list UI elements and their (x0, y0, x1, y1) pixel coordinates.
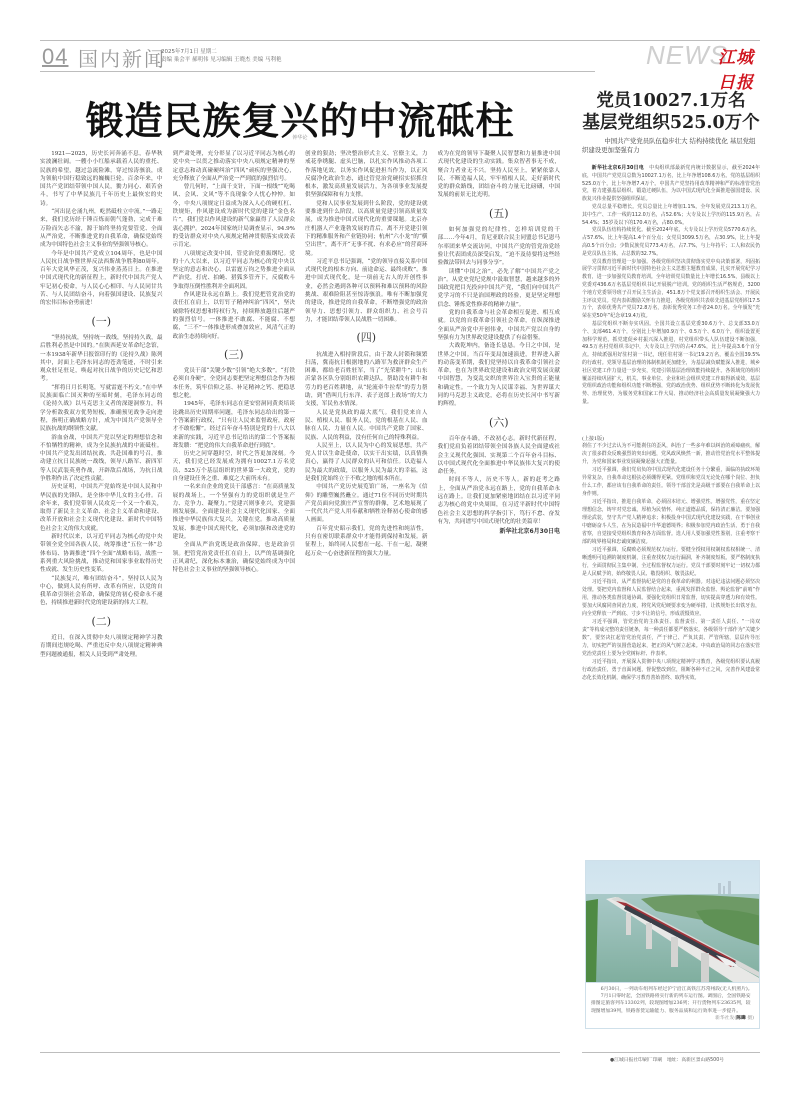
article-paragraph: 全面从严治党既是政治保障，也是政治引领。把管党治党责任扛在肩上，以严的基调强化正… (173, 541, 296, 574)
article-paragraph: 新时代以来，以习近平同志为核心的党中央带领全党全国各族人民，统筹推进“五位一体”… (40, 533, 163, 574)
main-article-body: 1921—2025，历史长河奔涌不息，春华秋实波澜壮阔。一艘小小红船承载着人民的… (40, 150, 560, 1002)
section-name: 国内新闻 (78, 43, 166, 72)
photographer-name: 陈暐 (736, 1015, 746, 1021)
article-paragraph: 大战乾坤内，备逢长恳恳。今日之中国，是世界之中国。当百年变局加速演进，世界进入新… (438, 342, 561, 408)
continued-article-body: 刹住了不少过去认为不可能刹住的歪风，纠治了一些多年难以纠治的顽瘴痼疾，解决了很多… (582, 442, 760, 682)
caption-paragraph: 7月1日零时起，全国铁路将实行新的列车运行图。调图后，全国铁路安排图定旅客列车1… (591, 993, 754, 1015)
side-bottom-rule (582, 1052, 760, 1053)
credit-suffix: 摄) (746, 1016, 754, 1021)
article-paragraph: 今年是中国共产党成立104周年，也是中国人民抗日战争暨世界反法西斯战争胜利80周… (40, 250, 163, 308)
article-byline: 钟华论 (40, 134, 560, 141)
continued-paragraph: 习近平指出，从严监督执纪是党的自我革命的利器。对违纪违法问题必须坚决处理。要把党… (582, 578, 760, 618)
main-bottom-rule (40, 1052, 560, 1053)
photo-credit: 新华社发(陈暐 摄) (591, 1015, 754, 1022)
newspaper-logo: 江城日报 (718, 43, 760, 93)
article-paragraph: 成为在党的领导下凝聚人民智慧和力量推进中国式现代化建设的生动实践。集众智者事无不… (438, 150, 561, 200)
article-paragraph: 如何加强党的纪律性，怎样培训党的干部……今年4月，肯尼亚联合民主同盟总书记恩马尔… (438, 226, 561, 267)
article-paragraph: 曾几何时，“上面千支针，下面一根线”“吃喝风、会风、文风”等不良现象令人忧心忡忡… (173, 183, 296, 249)
article-paragraph: 党和人民事业发展到什么阶段，党的建设就要推进到什么阶段。以高质量党建引领高质量发… (305, 200, 428, 258)
article-column-3: 创业的狠劲；坚决整治形式主义、官僚主义，力戒花拳绣腿、虚头巴脑，以扎实作风推动各… (305, 150, 428, 1002)
continued-paragraph: 习近平指出，推进自我革命，必须固本培元、增强党性。增强党性，重在坚定理想信念，铸… (582, 498, 760, 546)
side-title-line-1: 党员10027.1万名 (582, 90, 760, 112)
continued-paragraph: 习近平强调，我们党肩负的中国式现代化建设任务十分繁重，面临的执政环境异常复杂，自… (582, 466, 760, 498)
side-title-line-2: 基层党组织525.0万个 (582, 112, 760, 134)
article-paragraph: 一名来自企业的党员干部感言：“在高质量发展的战场上，一个坚强有力的党组织就是生产… (173, 483, 296, 541)
credit-prefix: 新华社发( (715, 1016, 736, 1021)
train-bridge-photo-icon (586, 861, 760, 983)
article-column-2: 到严肃处理，充分彰显了以习近平同志为核心的党中央一以贯之推动落实中央八项规定精神… (173, 150, 296, 1002)
article-paragraph: 百年党史昭示我们，党的先进性和纯洁性，只有在密切联系群众中才能得到保持和发展。新… (305, 525, 428, 558)
editors-credit: 责编 巢会平 郝明伟 见习编辑 王晓杰 美编 马利艳 (161, 56, 282, 64)
article-paragraph: 百年奋斗路，不改初心志。新时代新征程，我们党肩负着团结带领全国各族人民全面建成社… (438, 435, 561, 476)
printer-footer: ●江城日报社印刷厂印刷 地址：高新区景山路500号 (610, 1056, 724, 1063)
section-heading: (三) (173, 351, 296, 359)
article-end-dateline: 新华社北京6月30日电 (438, 528, 561, 536)
side-paragraph: 基层党组织不断夯实巩固。全国共设立基层党委30.6万个、总支部33.0万个、支部… (582, 321, 760, 407)
side-article-body: 新华社北京6月30日电 中央组织部最新党内统计数据显示，截至2024年底，中国共… (582, 165, 760, 407)
article-paragraph: 人民是党执政的最大底气。我们党来自人民、植根人民、服务人民，党的根基在人民、血脉… (305, 409, 428, 442)
continued-paragraph: 习近平强调，管党治党的主体责任、监督责任、第一责任人责任、“一岗双责”等构成完整… (582, 618, 760, 658)
article-paragraph: “民族复兴，唯有团结奋斗”。坚持以人民为中心，做到人民有所呼、改革有所应，以党的… (40, 575, 163, 608)
article-paragraph: 近日，在深入贯彻中央八项规定精神学习教育期间违规吃喝、严重违反中央八项规定精神典… (40, 634, 163, 659)
section-heading: (六) (438, 419, 561, 427)
article-paragraph: 读懂“中国之治”，必先了解“中国共产党之治”。从党史党纪党规中汲取智慧，越来越多… (438, 268, 561, 309)
side-paragraph: 党员队伍结构持续优化。截至2024年底，大专及以上学历党员5770.6万名，占5… (582, 227, 760, 258)
article-paragraph: 抗战进入相持阶段后，由于敌人封锁和频繁扫荡，冀南抗日根据地的八路军为救济群众生产… (305, 351, 428, 409)
article-paragraph: 八项规定改变中国，管党治党重振纲纪。党的十八大以来，以习近平同志为核心的党中央以… (173, 250, 296, 291)
news-photo-train (585, 860, 760, 983)
section-heading: (五) (438, 210, 561, 218)
article-paragraph: 中国共产党历史展览馆广场，一座名为《信仰》的雕塑巍然矗立。通过71位不同历史时期… (305, 483, 428, 524)
article-paragraph: 人民至上，以人民为中心的发展思想，共产党人甘以生命赴使命，以实干出实绩，以真情换… (305, 442, 428, 483)
article-paragraph: 1921—2025，历史长河奔涌不息，春华秋实波澜壮阔。一艘小小红船承载着人民的… (40, 150, 163, 208)
article-paragraph: “河出昆仑涌九州，屹然砥柱立中流。”一路走来，我们党历经千锤百炼而朝气蓬勃，完成… (40, 208, 163, 249)
continued-paragraph: 习近平强调，反腐败必须规范权力运行。要健全授权用权制权监权相统一、清晰透明可追溯… (582, 546, 760, 578)
continued-paragraph: 刹住了不少过去认为不可能刹住的歪风，纠治了一些多年难以纠治的顽瘴痼疾，解决了很多… (582, 442, 760, 466)
article-paragraph: 创业的狠劲；坚决整治形式主义、官僚主义，力戒花拳绣腿、虚头巴脑，以扎实作风推动各… (305, 150, 428, 200)
side-paragraph: 党员总量平稳增长。党员总量比上年增加1.1%。全年发展党员213.1万名，其中生… (582, 204, 760, 227)
side-paragraph: 党员教育管理进一步加强。各级党组织坚决贯彻落实党中央决策部署，巩固拓展学习贯彻习… (582, 259, 760, 321)
article-paragraph: 1945年，毛泽东同志在延安窑洞同黄炎培谈论跳出历史周期率问题，毛泽东同志给出的… (173, 400, 296, 450)
issue-date: 2025年7月1日 星期二 (161, 48, 282, 56)
side-article-title: 党员10027.1万名 基层党组织525.0万个 (582, 90, 760, 134)
article-paragraph: 党的自我革命与社会革命相互促进、相互成就。以党的自我革命引领社会革命，在纵深推进… (438, 309, 561, 342)
article-column-1: 1921—2025，历史长河奔涌不息，春华秋实波澜壮阔。一艘小小红船承载着人民的… (40, 150, 163, 1002)
caption-paragraph: 6月30日，一列动车组列车经过沪宁沿江高铁江苏常州段(无人机照片)。 (591, 986, 754, 993)
dateline: 新华社北京6月30日电 (592, 165, 644, 171)
page-number: 04 (42, 44, 68, 70)
article-paragraph: “挥将日月长明笔，写就雷霆不朽文。”在中华民族面临亡国灭种的至暗时刻，毛泽东同志… (40, 384, 163, 434)
article-column-4: 成为在党的领导下凝聚人民智慧和力量推进中国式现代化建设的生动实践。集众智者事无不… (438, 150, 561, 1002)
continued-from-label: (上接1版) (582, 435, 760, 442)
article-paragraph: 浴血奋战，中国共产党以坚定的理想信念和不怕牺牲的精神，成为全民族抗战的中流砥柱。… (40, 434, 163, 484)
side-lead-paragraph: 新华社北京6月30日电 中央组织部最新党内统计数据显示，截至2024年底，中国共… (582, 165, 760, 204)
article-paragraph: 党员干部“关键少数”引领“绝大多数”。“打铁必须自身硬”，全党同志要把坚定理想信… (173, 367, 296, 400)
section-heading: (二) (40, 618, 163, 626)
continued-paragraph: 习近平指出，开展深入贯彻中央八项规定精神学习教育，各级党组织要认真履行政治责任，… (582, 658, 760, 682)
side-article-subtitle: 中国共产党党员队伍稳步壮大 结构持续优化 基层党组织建设更加坚强有力 (582, 137, 760, 155)
news-wordmark: NEWS (646, 40, 728, 71)
section-heading: (一) (40, 318, 163, 326)
article-paragraph: 到严肃处理，充分彰显了以习近平同志为核心的党中央一以贯之推动落实中央八项规定精神… (173, 150, 296, 183)
article-paragraph: 历史证明，中国共产党始终是中国人民和中华民族的先锋队，是全体中华儿女的主心骨。百… (40, 483, 163, 533)
article-paragraph: 作风建设永远在路上。我们党把管党治党的责任扛在肩上，以钉钉子精神纠治“四风”，坚… (173, 291, 296, 341)
masthead: 04 国内新闻 2025年7月1日 星期二 责编 巢会平 郝明伟 见习编辑 王晓… (40, 40, 760, 70)
side-article: 党员10027.1万名 基层党组织525.0万个 中国共产党党员队伍稳步壮大 结… (582, 90, 760, 682)
section-heading: (四) (305, 334, 428, 342)
article-paragraph: “坚持抗战，坚持统一战线，坚持持久战，最后胜利必然是中国的。”在陕西延安革命纪念… (40, 334, 163, 384)
photo-caption: 6月30日，一列动车组列车经过沪宁沿江高铁江苏常州段(无人机照片)。 7月1日零… (585, 983, 760, 1029)
article-paragraph: 时间不等人，历史不等人。新的赶考之路上，全面从严治党永远在路上，党的自我革命永远… (438, 476, 561, 526)
article-paragraph: 历史之问穿越时空，时代之答更加深刻。今天，我们党已经发展成为拥有10027.1万… (173, 450, 296, 483)
masthead-bottom-rule (40, 71, 595, 72)
masthead-meta: 2025年7月1日 星期二 责编 巢会平 郝明伟 见习编辑 王晓杰 美编 马利艳 (161, 48, 282, 64)
article-paragraph: 习近平总书记强调，“党的领导直接关系中国式现代化的根本方向、前途命运、最终成败”… (305, 258, 428, 324)
